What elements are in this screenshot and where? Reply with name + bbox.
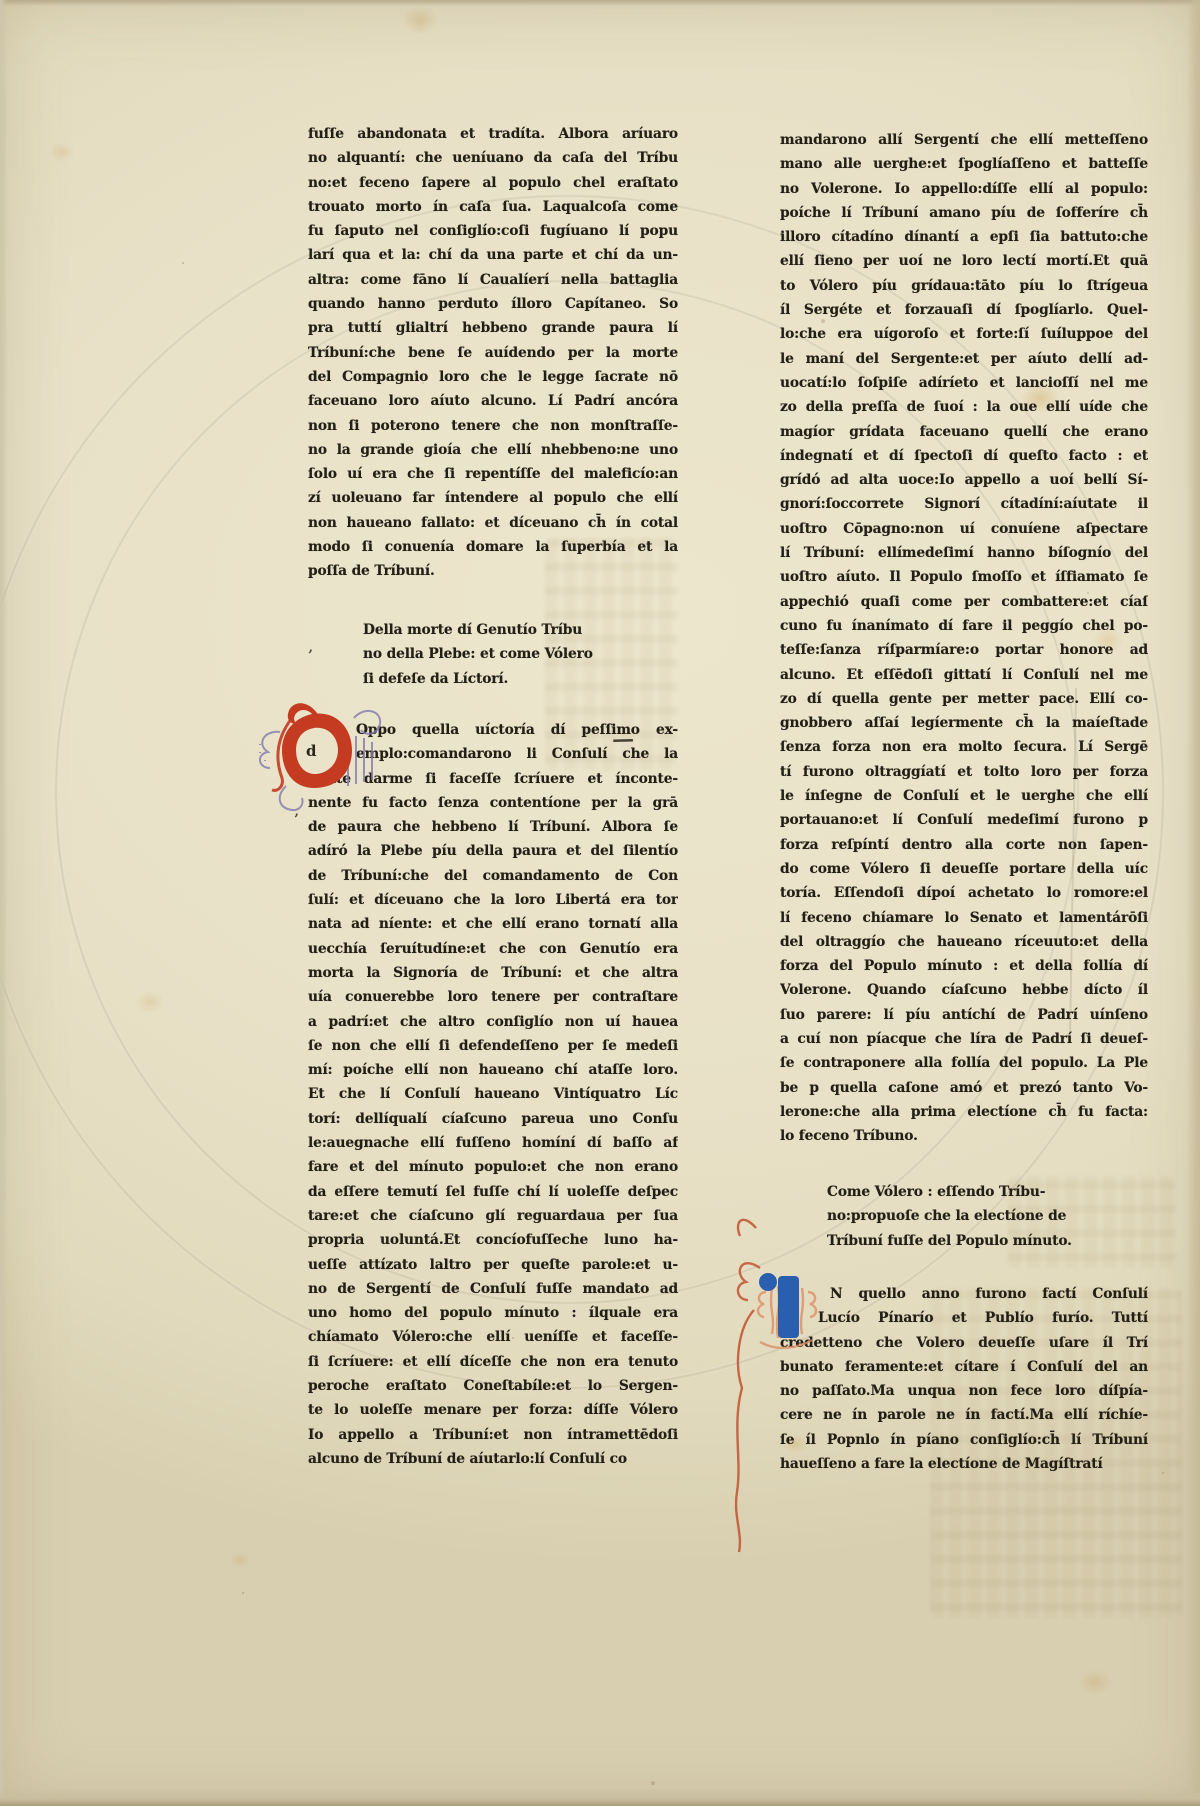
text-line: zo della preſſa de ſuoí : la oue ellí uí…: [780, 395, 1148, 419]
text-line: fuſſe abandonata et tradíta. Albora aríu…: [308, 122, 678, 146]
text-line: toría. Eſſendoſi dípoí achetato lo romor…: [780, 881, 1148, 905]
text-line: do come Vólero ſi deueſſe portare della …: [780, 857, 1148, 881]
text-line: Tríbuní:che bene ſe auídendo per la mort…: [308, 341, 678, 365]
printed-guide-letter: d: [306, 742, 317, 760]
text-line: le maní del Sergente:et per aíuto dellí …: [780, 347, 1148, 371]
right-column-paragraph-1: mandarono allí Sergentí che ellí metteſſ…: [780, 128, 1148, 1148]
text-line: morta la Signoría de Tríbuní: et che alt…: [308, 961, 678, 985]
text-line: no de Sergentí de Conſulí fuſſe mandato …: [308, 1277, 678, 1301]
text-line: fu ſaputo nel conſiglío:coſi fugíuano lí…: [308, 219, 678, 243]
text-line: uno homo del populo mínuto : ílquale era: [308, 1301, 678, 1325]
text-line: da eſſere temutí ſel fuſſe chí lí uoleſſ…: [308, 1180, 678, 1204]
text-line: grídó ad alta uoce:Io appello a uoí bell…: [780, 468, 1148, 492]
text-line: de Tríbuní:che del comandamento de Con: [308, 864, 678, 888]
text-line: no:propuoſe che la electíone de: [827, 1204, 1157, 1228]
text-line: le:auegnache ellí fuſſeno homíní dí baſſ…: [308, 1131, 678, 1155]
text-line: alcuno de Tríbuní de aíutarlo:lí Conſulí…: [308, 1447, 678, 1471]
text-line: ſe non che ellí ſi defendeſſeno per ſe m…: [308, 1034, 678, 1058]
text-line: índegnatí et dí ſpectoſi dí queſto facto…: [780, 444, 1148, 468]
text-line: ſe contraponere alla follía del populo. …: [780, 1051, 1148, 1075]
text-line: forza del Populo mínuto : et della follí…: [780, 954, 1148, 978]
text-line: tare:et che cíaſcuno glí reguardaua per …: [308, 1204, 678, 1228]
text-line: uoſtro aíuto. Il Populo ſmoſſo et íſfiam…: [780, 565, 1148, 589]
text-line: no:et feceno ſapere al populo chel eraſt…: [308, 171, 678, 195]
text-line: no la grande gioía che ellí nhebbeno:ne …: [308, 438, 678, 462]
text-line: mandarono allí Sergentí che ellí metteſſ…: [780, 128, 1148, 152]
text-line: larí qua et la: chí da una parte et chí …: [308, 243, 678, 267]
text-line: modo ſi conuenía domare la ſuperbía et l…: [308, 535, 678, 559]
text-line: Tríbuní fuſſe del Populo mínuto.: [827, 1229, 1157, 1253]
text-line: nata ad níente: et che ellí erano tornat…: [308, 912, 678, 936]
text-line: appechió quaſi come per combattere:et cí…: [780, 590, 1148, 614]
red-flourish: [736, 1220, 760, 1552]
marginal-dash-mark: —: [612, 725, 657, 752]
text-line: N quello anno furono factí Conſulí: [830, 1282, 1148, 1306]
text-line: mano alle uerghe:et ſpoglíaſſeno et batt…: [780, 152, 1148, 176]
text-line: lerone:che alla prima electíone ch̄ fu f…: [780, 1100, 1148, 1124]
left-column-chapter-heading: Della morte dí Genutío Tríbuno della Ple…: [363, 618, 683, 691]
page-edge-right: [1186, 0, 1200, 1806]
text-line: uocatí:lo ſoſpiſe adíríeto et lancioſſí …: [780, 371, 1148, 395]
text-line: chíamato Vólero:che ellí ueníſſe et face…: [308, 1325, 678, 1349]
text-line: be p quella caſone amó et prezó tanto Vo…: [780, 1076, 1148, 1100]
text-line: altra: come fāno lí Caualíerí nella batt…: [308, 268, 678, 292]
text-line: uía conuerebbe loro tenere per contraſta…: [308, 985, 678, 1009]
page-edge-left: [0, 0, 7, 1806]
text-line: Volerone. Quando cíaſcuno hebbe dícto íl: [780, 978, 1148, 1002]
red-initial-body: [282, 703, 352, 788]
text-line: ſenza forza non era molto ſecura. Lí Ser…: [780, 735, 1148, 759]
text-line: no alquantí: che ueníuano da caſa del Tr…: [308, 146, 678, 170]
text-line: adíró la Plebe píu della paura et del ſi…: [308, 839, 678, 863]
text-line: torí: dellíqualí cíaſcuno pareua uno Con…: [308, 1107, 678, 1131]
text-line: ſi ſcríuere: et ellí díceſſe che non era…: [308, 1350, 678, 1374]
text-line: pra tuttí glialtrí hebbeno grande paura …: [308, 316, 678, 340]
text-line: a cuí non píacque che líra de Padrí ſi d…: [780, 1027, 1148, 1051]
text-line: íl Sergéte et forzauaſi dí ſpoglíarlo. Q…: [780, 298, 1148, 322]
text-line: lí feceno chíamare lo Senato et lamentár…: [780, 906, 1148, 930]
text-line: ſuo parere: lí píu antíchí de Padrí uínſ…: [780, 1003, 1148, 1027]
text-line: Della morte dí Genutío Tríbu: [363, 618, 683, 642]
text-line: cuno fu ínanímato dí fare il peggío chel…: [780, 614, 1148, 638]
text-line: quando hanno perduto ílloro Capítaneo. S…: [308, 292, 678, 316]
text-line: non haueano fallato: et díceuano ch̄ ín …: [308, 511, 678, 535]
text-line: poíche lí Tríbuní amano píu de ſofferíre…: [780, 201, 1148, 225]
text-line: del Compagnio loro che le legge ſacrate …: [308, 365, 678, 389]
text-line: lo feceno Tríbuno.: [780, 1124, 1148, 1148]
text-line: trouato morto ín caſa ſua. Laqualcoſa co…: [308, 195, 678, 219]
paper-speckles: [182, 262, 184, 264]
text-line: le ínſegne de Conſulí et le uerghe che e…: [780, 784, 1148, 808]
text-line: peroche eraſtato Coneſtabíle:et lo Serge…: [308, 1374, 678, 1398]
text-line: Come Vólero : eſſendo Tríbu-: [827, 1180, 1157, 1204]
text-line: lo:che era uígoroſo et forte:ſí ſuíluppo…: [780, 322, 1148, 346]
text-line: gnorí:ſoccorrete Signorí cítadíní:aíutat…: [780, 492, 1148, 516]
text-line: faceuano loro aíuto alcuno. Lí Padrí anc…: [308, 389, 678, 413]
text-line: non ſi poterono tenere che non monſtraſſ…: [308, 414, 678, 438]
text-line: a padrí:et che altro conſiglío non uí ha…: [308, 1010, 678, 1034]
text-line: gnobbero aſſaí legíermente ch̄ la maíeſt…: [780, 711, 1148, 735]
scanned-book-page: fuſſe abandonata et tradíta. Albora aríu…: [0, 0, 1200, 1806]
text-line: zí uoleuano far íntendere al populo che …: [308, 486, 678, 510]
text-line: to Vólero píu grídaua:tāto píu lo ſtríge…: [780, 274, 1148, 298]
text-line: del oltraggío che haueano ríceuuto:et de…: [780, 930, 1148, 954]
text-line: Io appello a Tríbuní:et non íntramettēdo…: [308, 1423, 678, 1447]
text-line: teſſe:ſanza ríſparmíare:o portar honore …: [780, 638, 1148, 662]
text-line: illoro cítadíno dínantí a epſi ſia battu…: [780, 225, 1148, 249]
text-line: Et che lí Conſulí haueano Vintíquatro Lí…: [308, 1082, 678, 1106]
text-line: ueſſe attízato laltro per queſte parole:…: [308, 1253, 678, 1277]
text-line: tí furono oltraggíatí et tolto loro per …: [780, 760, 1148, 784]
left-column-paragraph-1: fuſſe abandonata et tradíta. Albora aríu…: [308, 122, 678, 584]
text-line: ſi defeſe da Líctorí.: [363, 667, 683, 691]
text-line: ſolo uí era che ſi repentíſſe del malefi…: [308, 462, 678, 486]
text-line: Lucío Pínarío et Publío furío. Tuttí: [818, 1306, 1148, 1330]
text-line: alcuno. Et eſſēdoſi gittatí lí Conſulí n…: [780, 663, 1148, 687]
text-line: poſſa de Tríbuní.: [308, 559, 678, 583]
text-line: te lo uoleſſe menare per forza: díſſe Vó…: [308, 1398, 678, 1422]
right-column-chapter-heading: Come Vólero : eſſendo Tríbu-no:propuoſe …: [827, 1180, 1157, 1253]
text-line: forza reſpíntí dentro alla corte non ſap…: [780, 833, 1148, 857]
text-line: magíor grídata faceuano quellí che erano: [780, 420, 1148, 444]
page-edge-bottom: [0, 1788, 1200, 1806]
text-line: uoſtro Cōpagno:non uí conuíene aſpectare: [780, 517, 1148, 541]
page-edge-top: [0, 0, 1200, 6]
text-line: uecchía ſeruítudíne:et che con Genutío e…: [308, 937, 678, 961]
illuminated-initial-i: I: [726, 1192, 836, 1612]
text-line: mí: poíche ellí non haueano chí ataſſe l…: [308, 1058, 678, 1082]
blue-initial-body: [759, 1273, 799, 1338]
marginal-pen-mark: ’: [294, 812, 299, 828]
text-line: portauano:et lí Conſulí medeſimí furono …: [780, 808, 1148, 832]
text-line: ſulí: et díceuano che la loro Libertá er…: [308, 888, 678, 912]
text-line: zo dí quella gente per metter pace. Ellí…: [780, 687, 1148, 711]
text-line: lí Tríbuní: ellímedeſimí hanno bíſognío …: [780, 541, 1148, 565]
text-line: no della Plebe: et come Vólero: [363, 642, 683, 666]
text-line: ellí ſieno per uoí ne loro lectí mortí.E…: [780, 249, 1148, 273]
text-line: propria uoluntá.Et concíofuſſeche luno h…: [308, 1228, 678, 1252]
illuminated-initial-d: D: [250, 692, 410, 832]
marginal-pen-mark: ’: [308, 648, 313, 664]
text-line: fare et del mínuto populo:et che non era…: [308, 1155, 678, 1179]
text-line: no Volerone. Io appello:díſſe ellí al po…: [780, 177, 1148, 201]
